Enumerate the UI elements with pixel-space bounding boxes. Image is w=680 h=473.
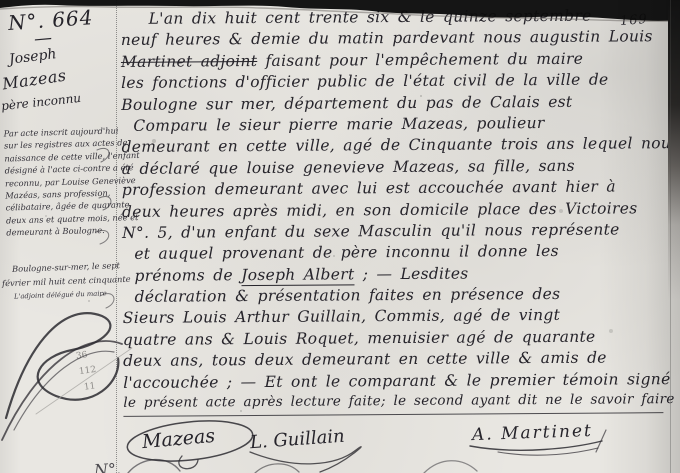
- marginal-recognition-note: Par acte inscrit aujourd'hui sur les reg…: [4, 125, 119, 240]
- marginal-note-official-title: L'adjoint délégué du maire: [14, 289, 107, 300]
- pencil-mark: 112: [78, 365, 96, 377]
- bottom-cutoff-stroke: [128, 460, 180, 473]
- next-record-number-partial: N°.: [94, 459, 122, 473]
- margin-paraph-signature: [6, 313, 118, 418]
- document-scan: 169 N°. 664 — Joseph Mazeas père inconnu…: [0, 0, 680, 473]
- act-line-segment: faisant pour l'empêchement du maire: [257, 49, 583, 69]
- child-given-names-underlined: Joseph Albert: [241, 265, 354, 286]
- margin-paraph-signature: [14, 351, 114, 430]
- pencil-mark: 36: [75, 350, 88, 361]
- pencil-mark: 11: [83, 381, 96, 392]
- signature-witness: L. Guillain: [249, 426, 345, 454]
- act-line-segment: ; — Lesdites: [354, 264, 468, 283]
- act-closing-line: le présent acte après lecture faite; le …: [123, 391, 663, 417]
- marginal-note-place-date: Boulogne-sur-mer, le sept: [12, 260, 120, 274]
- signature-officer: A. Martinet: [472, 421, 593, 445]
- act-text-block: L'an dix huit cent trente six & le quinz…: [121, 6, 680, 417]
- margin-paraph-signature: [2, 341, 122, 440]
- martinet-paraph-slash: [596, 430, 606, 452]
- margin-divider-line: [116, 0, 117, 473]
- signature-declarant: Mazeas: [141, 425, 216, 453]
- bottom-cutoff-stroke: [255, 464, 299, 473]
- martinet-underline-flourish: [498, 448, 598, 455]
- act-line-segment: prénoms de: [134, 266, 241, 285]
- marginal-note-year: février mil huit cent cinquante: [2, 274, 131, 288]
- margin-child-first-name: Joseph: [8, 46, 57, 68]
- bottom-cutoff-stroke: [424, 461, 477, 473]
- scan-right-gutter-line: [670, 0, 671, 473]
- margin-child-last-name: Mazeas: [1, 66, 68, 94]
- margin-father-note: père inconnu: [0, 91, 81, 113]
- marginal-note-line: demeurant à Boulogne.: [6, 224, 118, 239]
- mazeas-signature-tail: [179, 456, 198, 469]
- officer-name-struck: Martinet adjoint: [121, 52, 257, 71]
- scan-top-edge-artifact: [0, 0, 680, 26]
